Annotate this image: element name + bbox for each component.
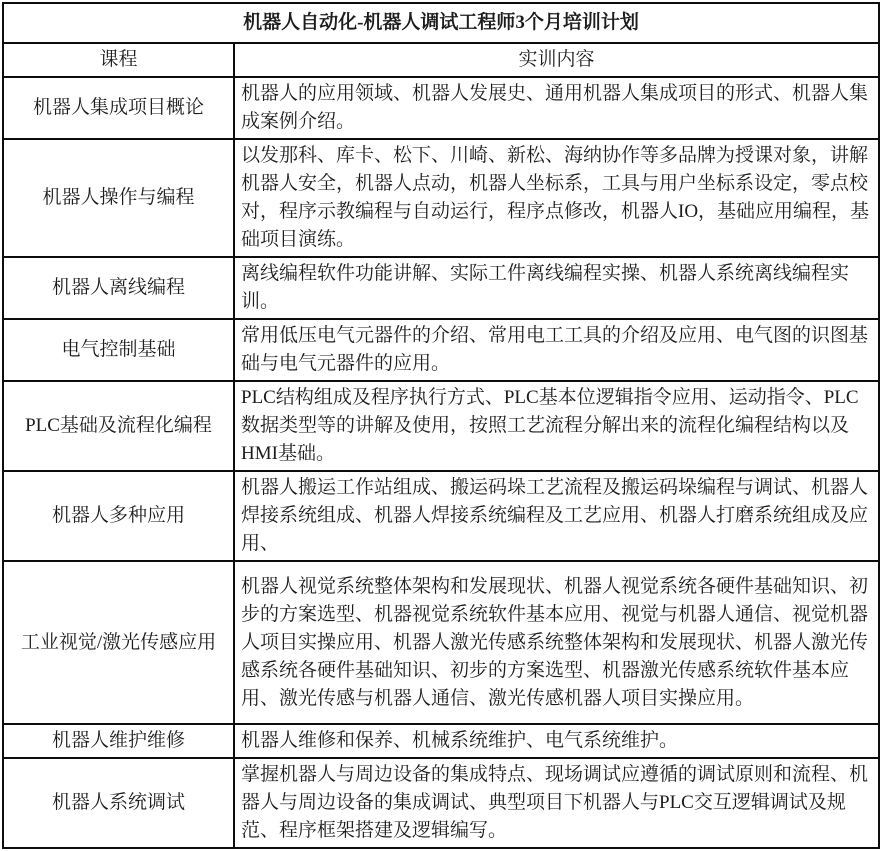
table-row: 工业视觉/激光传感应用 机器人视觉系统整体架构和发展现状、机器人视觉系统各硬件基…	[3, 561, 879, 724]
course-cell: 机器人多种应用	[3, 471, 234, 561]
course-cell: PLC基础及流程化编程	[3, 381, 234, 471]
title-row: 机器人自动化-机器人调试工程师3个月培训计划	[3, 3, 879, 43]
header-row: 课程 实训内容	[3, 43, 879, 77]
table-row: 机器人系统调试 掌握机器人与周边设备的集成特点、现场调试应遵循的调试原则和流程、…	[3, 758, 879, 848]
course-cell: 工业视觉/激光传感应用	[3, 561, 234, 724]
content-cell: 机器人维修和保养、机械系统维护、电气系统维护。	[234, 724, 879, 758]
content-cell: 掌握机器人与周边设备的集成特点、现场调试应遵循的调试原则和流程、机器人与周边设备…	[234, 758, 879, 848]
course-cell: 机器人离线编程	[3, 257, 234, 319]
content-cell: 常用低压电气元器件的介绍、常用电工工具的介绍及应用、电气图的识图基础与电气元器件…	[234, 319, 879, 381]
content-cell: PLC结构组成及程序执行方式、PLC基本位逻辑指令应用、运动指令、PLC数据类型…	[234, 381, 879, 471]
course-cell: 机器人操作与编程	[3, 139, 234, 257]
course-cell: 电气控制基础	[3, 319, 234, 381]
column-header-course: 课程	[3, 43, 234, 77]
table-row: PLC基础及流程化编程 PLC结构组成及程序执行方式、PLC基本位逻辑指令应用、…	[3, 381, 879, 471]
course-cell: 机器人系统调试	[3, 758, 234, 848]
course-cell: 机器人集成项目概论	[3, 77, 234, 139]
table-row: 机器人多种应用 机器人搬运工作站组成、搬运码垛工艺流程及搬运码垛编程与调试、机器…	[3, 471, 879, 561]
training-plan-document: 机器人自动化-机器人调试工程师3个月培训计划 课程 实训内容 机器人集成项目概论…	[0, 2, 880, 849]
table-title: 机器人自动化-机器人调试工程师3个月培训计划	[3, 3, 879, 43]
content-cell: 离线编程软件功能讲解、实际工件离线编程实操、机器人系统离线编程实训。	[234, 257, 879, 319]
content-cell: 以发那科、库卡、松下、川崎、新松、海纳协作等多品牌为授课对象，讲解机器人安全，机…	[234, 139, 879, 257]
content-cell: 机器人的应用领域、机器人发展史、通用机器人集成项目的形式、机器人集成案例介绍。	[234, 77, 879, 139]
table-row: 机器人集成项目概论 机器人的应用领域、机器人发展史、通用机器人集成项目的形式、机…	[3, 77, 879, 139]
training-plan-table: 机器人自动化-机器人调试工程师3个月培训计划 课程 实训内容 机器人集成项目概论…	[2, 2, 880, 849]
table-row: 机器人操作与编程 以发那科、库卡、松下、川崎、新松、海纳协作等多品牌为授课对象，…	[3, 139, 879, 257]
table-row: 电气控制基础 常用低压电气元器件的介绍、常用电工工具的介绍及应用、电气图的识图基…	[3, 319, 879, 381]
table-row: 机器人维护维修 机器人维修和保养、机械系统维护、电气系统维护。	[3, 724, 879, 758]
table-row: 机器人离线编程 离线编程软件功能讲解、实际工件离线编程实操、机器人系统离线编程实…	[3, 257, 879, 319]
content-cell: 机器人视觉系统整体架构和发展现状、机器人视觉系统各硬件基础知识、初步的方案选型、…	[234, 561, 879, 724]
content-cell: 机器人搬运工作站组成、搬运码垛工艺流程及搬运码垛编程与调试、机器人焊接系统组成、…	[234, 471, 879, 561]
course-cell: 机器人维护维修	[3, 724, 234, 758]
column-header-content: 实训内容	[234, 43, 879, 77]
